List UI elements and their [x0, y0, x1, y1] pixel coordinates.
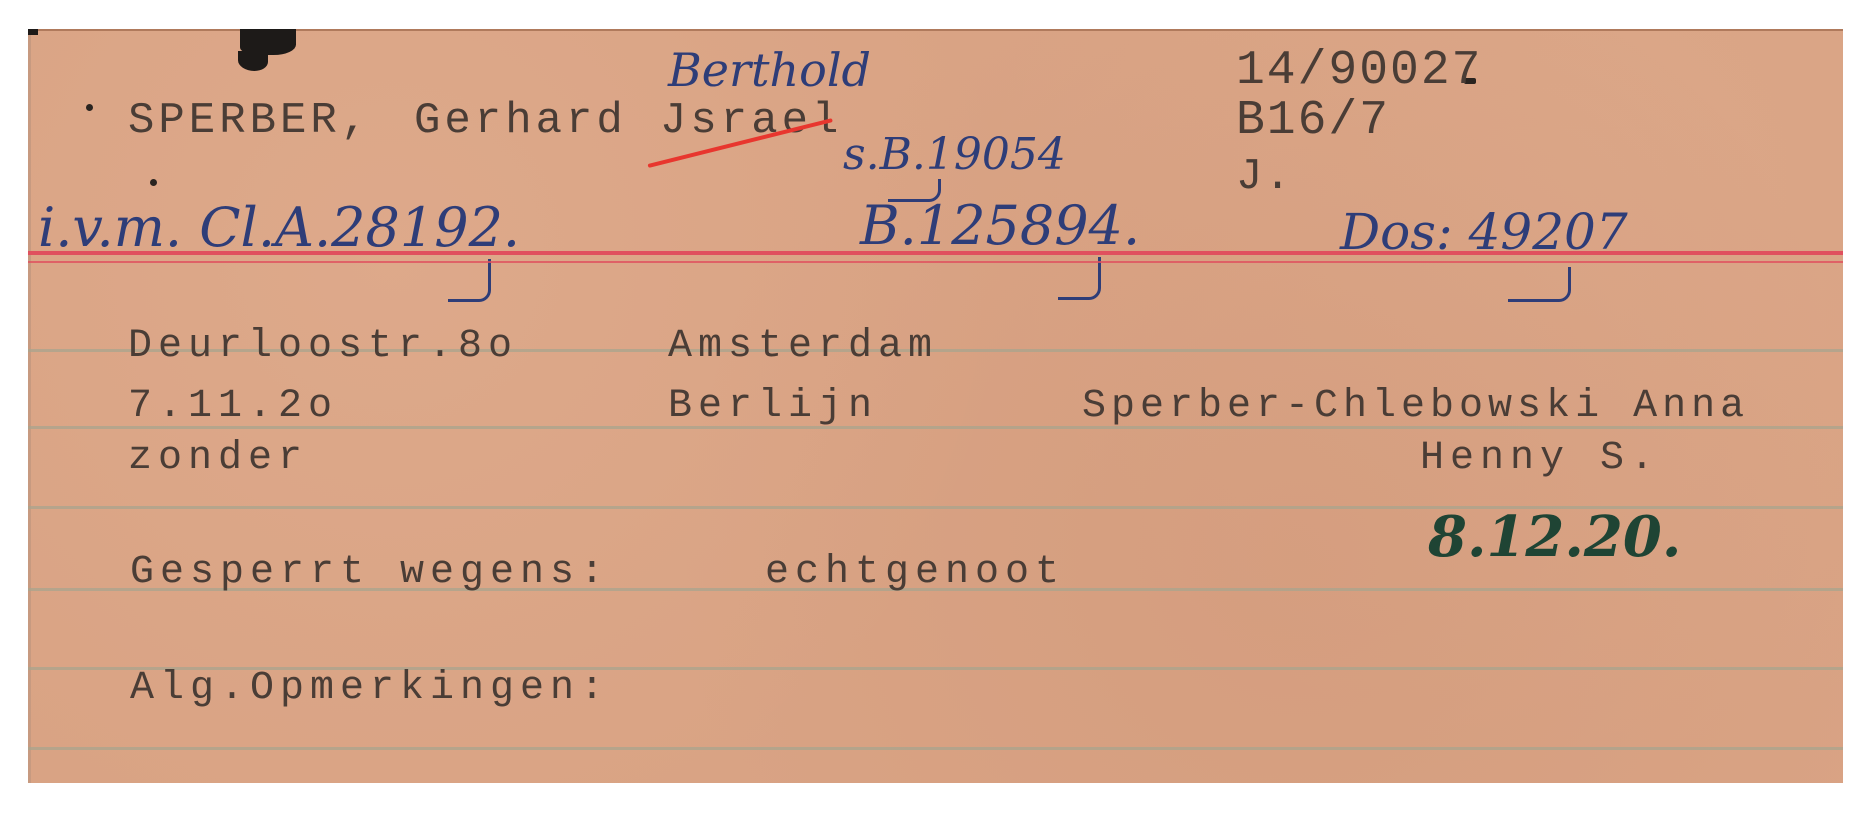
corner-mark — [28, 29, 38, 35]
remarks-label: Alg.Opmerkingen: — [130, 669, 610, 709]
birth-place: Berlijn — [668, 387, 878, 427]
struck-name: Jsrael — [660, 99, 842, 143]
ink-flourish — [1058, 257, 1101, 300]
blocked-label: Gesperrt wegens: — [130, 553, 610, 593]
city: Amsterdam — [668, 327, 938, 367]
ink-speck — [150, 179, 157, 186]
spouse-name: Sperber-Chlebowski Anna — [1082, 387, 1749, 427]
reference-number: 14/90027 — [1236, 47, 1482, 95]
birth-date: 7.11.2o — [128, 387, 338, 427]
code: B16/7 — [1236, 97, 1390, 145]
religion: zonder — [128, 439, 308, 479]
given-names: Gerhard — [414, 99, 627, 143]
red-header-rule-secondary — [28, 261, 1843, 263]
handwritten-dossier: Dos: 49207 — [1340, 207, 1628, 257]
handwritten-sb-number: s.B.19054 — [843, 133, 1066, 177]
ruled-line — [28, 747, 1843, 750]
address: Deurloostr.8o — [128, 327, 518, 367]
blocked-reason: echtgenoot — [765, 553, 1065, 593]
handwritten-name-correction: Berthold — [668, 47, 871, 93]
spouse-extra: Henny S. — [1420, 439, 1660, 479]
archive-index-card: Berthold SPERBER, Gerhard Jsrael 14/9002… — [28, 29, 1843, 783]
red-header-rule — [28, 251, 1843, 255]
ink-flourish — [448, 259, 491, 302]
category: J. — [1236, 155, 1293, 199]
handwritten-spouse-date: 8.12.20. — [1428, 509, 1681, 565]
ink-speck — [86, 104, 93, 111]
handwritten-b-number: B.125894. — [860, 199, 1140, 253]
ink-flourish — [1508, 267, 1571, 302]
handwritten-ivm: i.v.m. Cl.A.28192. — [38, 201, 520, 255]
ink-blot — [238, 51, 268, 71]
surname: SPERBER, — [128, 99, 371, 143]
